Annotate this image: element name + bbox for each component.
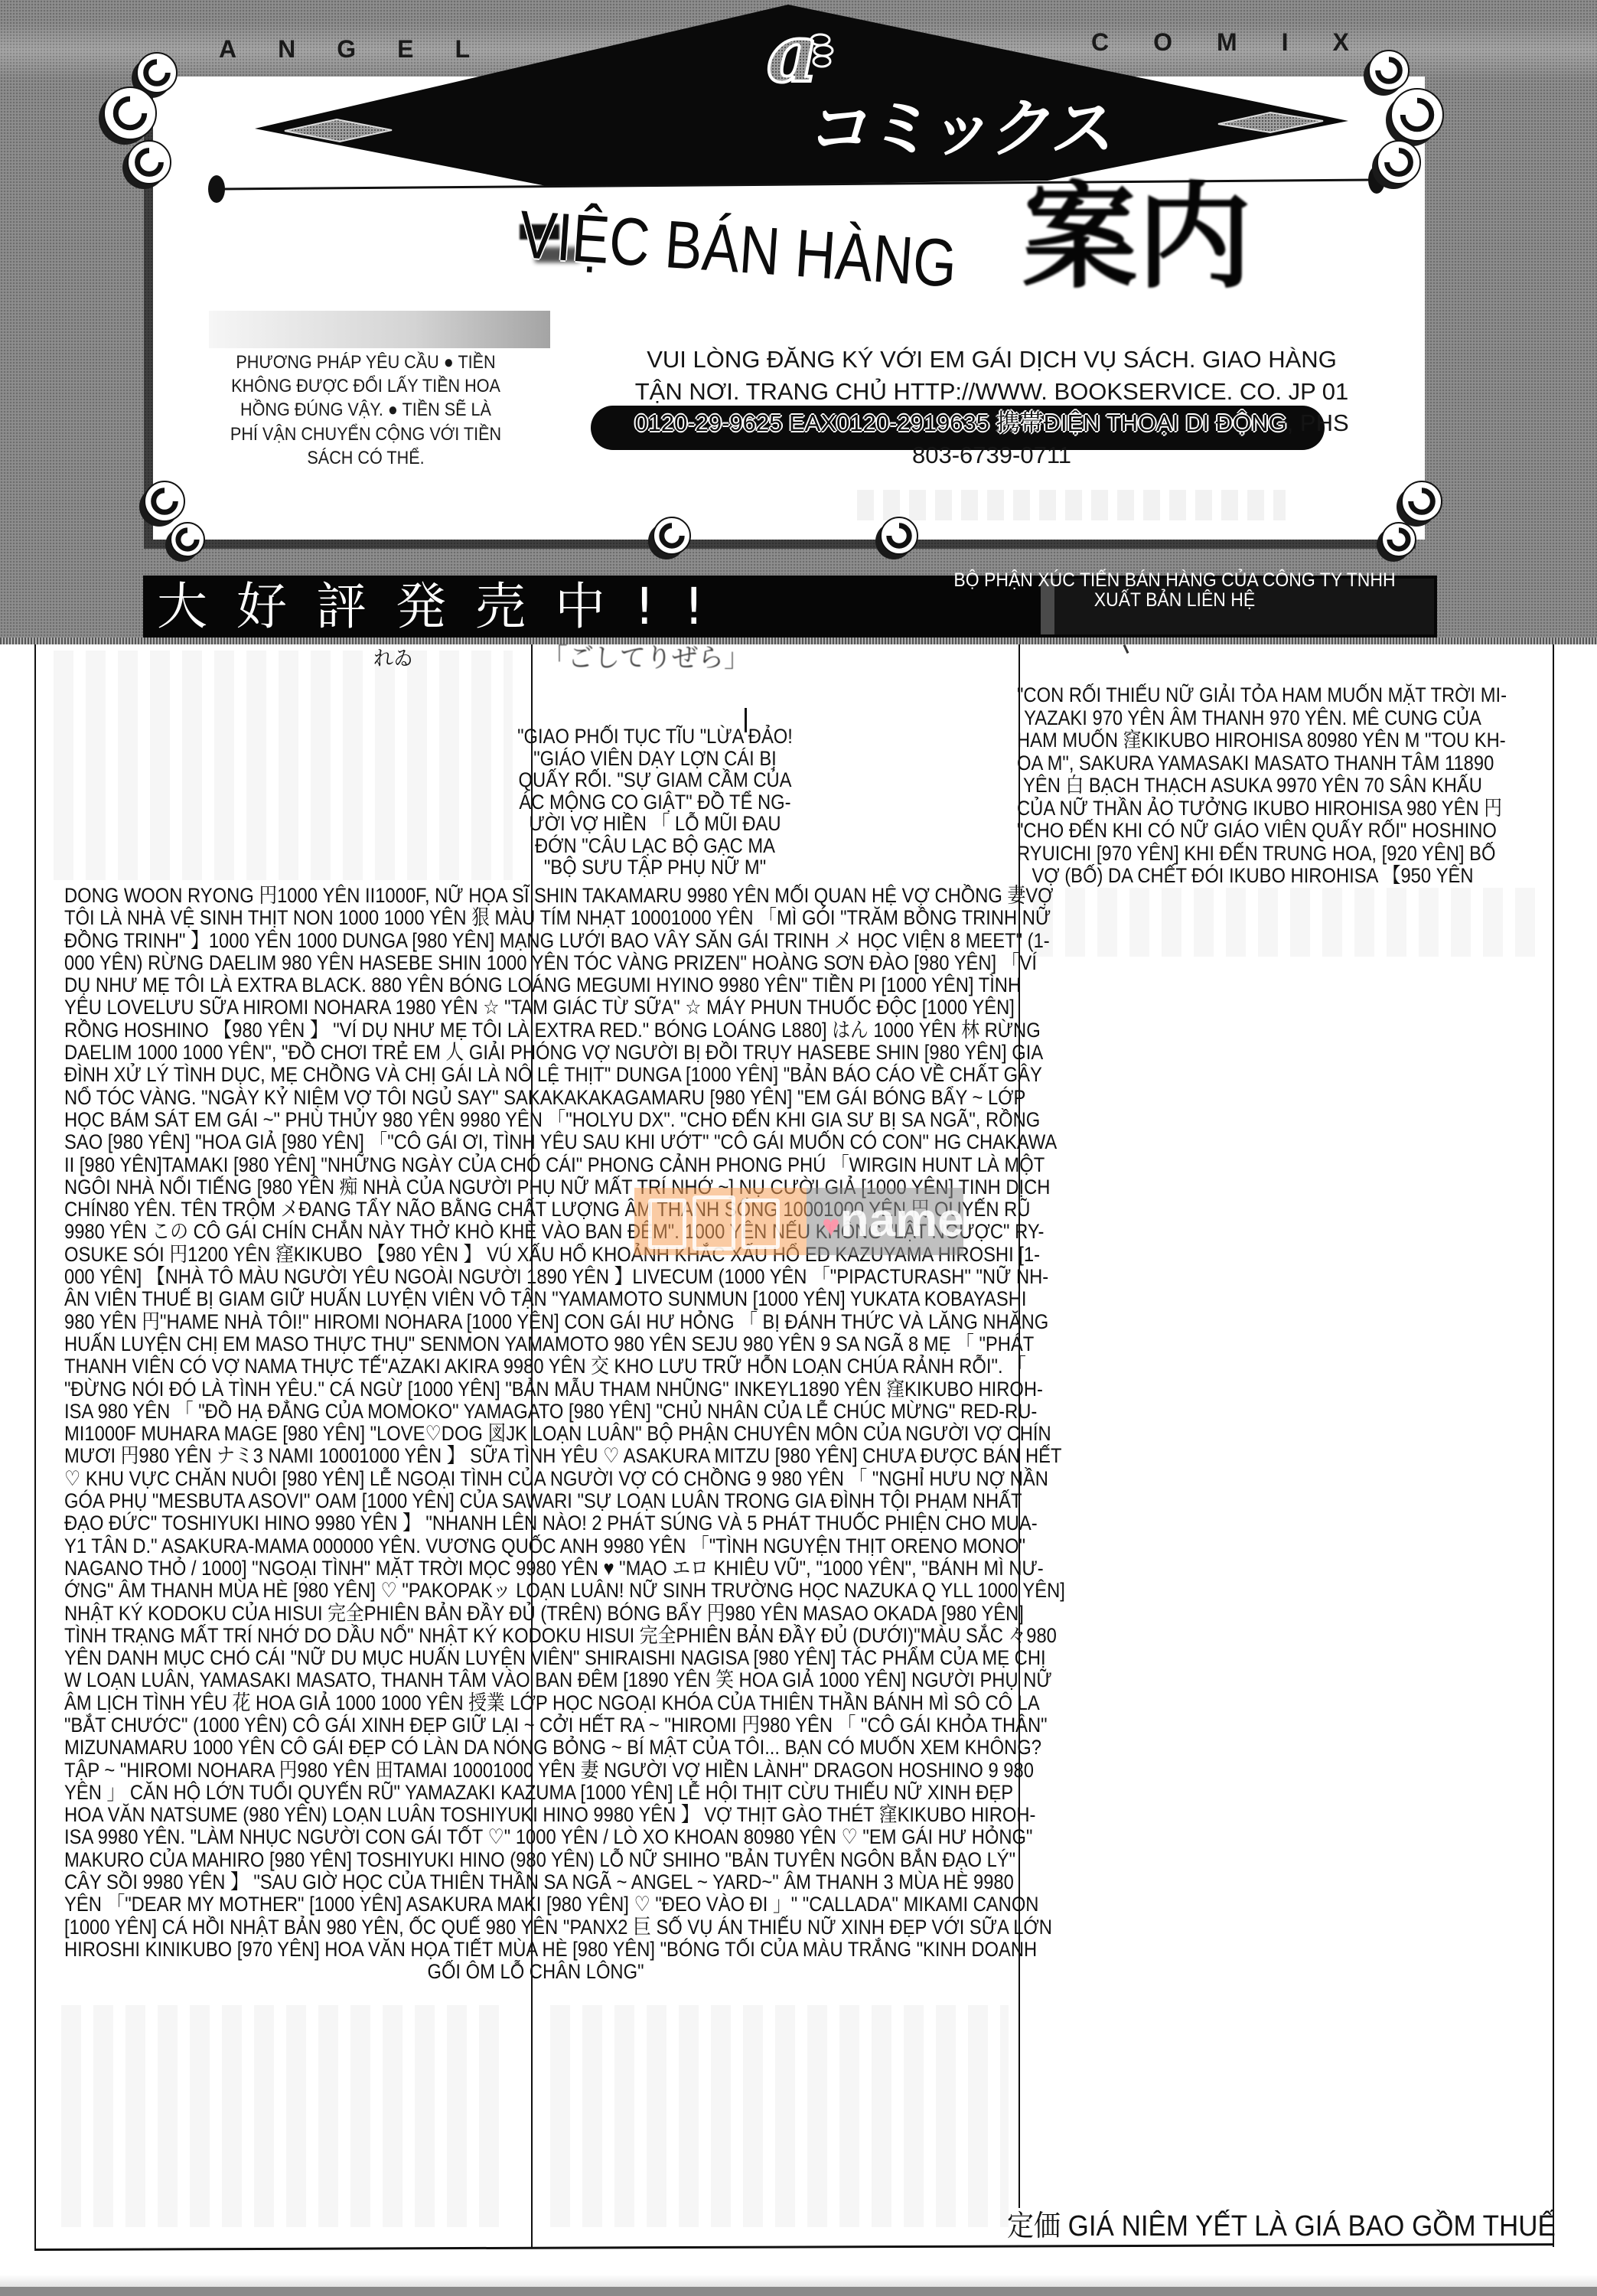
catalog-line: ĐÌNH XỬ LÝ TÌNH DỤC, MẸ CHỒNG VÀ CHỊ GÁI…	[64, 1064, 1007, 1086]
catalog-line: HIROSHI KINIKUBO [970 YÊN] HOA VĂN HỌA T…	[64, 1939, 1007, 1961]
scanned-page: a	[0, 0, 1597, 2296]
catalog-line: YÊN DANH MỤC CHÓ CÁI "NỮ DU MỤC HUẤN LUY…	[64, 1647, 1007, 1669]
contact-line: VUI LÒNG ĐĂNG KÝ VỚI EM GÁI DỊCH VỤ SÁCH…	[571, 344, 1413, 376]
watermark-orange-block	[634, 1188, 807, 1255]
catalog-line: TÔI LÀ NHÀ VỆ SINH THỊT NON 1000 1000 YÊ…	[64, 907, 1007, 929]
banner-publisher-line: BỘ PHẬN XÚC TIẾN BÁN HÀNG CỦA CÔNG TY TN…	[904, 570, 1445, 590]
catalog-line: HOA VĂN NATSUME (980 YÊN) LOẠN LUÂN TOSH…	[64, 1804, 1007, 1826]
catalog-line: ỚNG" ÂM THANH MÙA HÈ [980 YÊN] ♡ "PAKOPA…	[64, 1580, 1007, 1602]
contact-phone-line: 0120-29-9625 EAX0120-2919635 携帯ĐIỆN THOẠ…	[571, 407, 1413, 439]
right-line: CỦA NỮ THẦN ẢO TƯỞNG IKUBO HIROHISA 980 …	[1017, 797, 1488, 820]
heart-icon: ♥	[822, 1209, 840, 1243]
catalog-line: ĐỒNG TRINH" 】1000 YÊN 1000 DUNGA [980 YÊ…	[64, 930, 1007, 952]
page-edge-shadow	[0, 2275, 1597, 2287]
catalog-text: DONG WOON RYONG 円1000 YÊN II1000F, NỮ HỌ…	[0, 885, 1071, 1984]
right-line: YÊN 白 BẠCH THẠCH ASUKA 9970 YÊN 70 SÂN K…	[1017, 775, 1488, 797]
catalog-line: NỔ TÓC VÀNG. "NGÀY KỶ NIỆM VỢ TÔI NGỦ SA…	[64, 1087, 1007, 1109]
order-method-line: PHÍ VẬN CHUYỂN CỘNG VỚI TIỀN	[194, 422, 538, 446]
middle-line: "BỘ SƯU TẬP PHỤ NỮ M"	[453, 856, 857, 879]
banner-publisher-note: BỘ PHẬN XÚC TIẾN BÁN HÀNG CỦA CÔNG TY TN…	[880, 570, 1469, 610]
catalog-line: HỌC BÁM SÁT EM GÁI ~" PHÙ THỦY 980 YÊN 9…	[64, 1109, 1007, 1131]
order-method-line: SÁCH CÓ THỂ.	[194, 446, 538, 470]
catalog-line: THANH VIÊN CÓ VỢ NAMA THỰC TẾ"AZAKI AKIR…	[64, 1355, 1007, 1378]
catalog-line: CÂY SỒI 9980 YÊN 】 "SAU GIỜ HỌC CỦA THIÊ…	[64, 1871, 1007, 1893]
right-line: RYUICHI [970 YÊN] KHI ĐẾN TRUNG HOA, [92…	[1017, 843, 1488, 866]
watermark-logo: ♥name	[822, 1195, 964, 1251]
catalog-line: RỒNG HOSHINO 【980 YÊN 】 "VÍ DỤ NHƯ MẸ TÔ…	[64, 1019, 1007, 1042]
price-tax-note: 定価 GIÁ NIÊM YẾT LÀ GIÁ BAO GỒM THUẾ	[1007, 2209, 1556, 2244]
watermark-glyph	[741, 1199, 780, 1249]
catalog-line: Y1 TÂN D." ASAKURA-MAMA 000000 YÊN. VƯƠN…	[64, 1535, 1007, 1557]
right-line: "CHO ĐẾN KHI CÓ NỮ GIÁO VIÊN QUẤY RỐI" H…	[1017, 820, 1488, 843]
catalog-line: ĐẠO ĐỨC" TOSHIYUKI HINO 9980 YÊN 】 "NHAN…	[64, 1512, 1007, 1534]
right-line: YAZAKI 970 YÊN ÂM THANH 970 YÊN. MÊ CUNG…	[1017, 707, 1488, 730]
contact-line: TẬN NƠI. TRANG CHỦ HTTP://WWW. BOOKSERVI…	[571, 376, 1413, 408]
order-method-line: PHƯƠNG PHÁP YÊU CẦU ● TIỀN	[194, 351, 538, 374]
banner-publisher-line: XUẤT BẢN LIÊN HỆ	[904, 590, 1445, 610]
catalog-line: "ĐỪNG NÓI ĐÓ LÀ TÌNH YÊU." CÁ NGỪ [1000 …	[64, 1378, 1007, 1401]
catalog-line: "BẮT CHƯỚC" (1000 YÊN) CÔ GÁI XINH ĐẸP G…	[64, 1714, 1007, 1737]
page-title-jp: 案内	[1022, 181, 1252, 295]
middle-line: "GIÁO VIÊN DẠY LỢN CÁI BỊ	[453, 748, 857, 770]
brand-comix: COMIX	[1091, 30, 1393, 54]
catalog-line: SAO [980 YÊN] "HOA GIẢ [980 YÊN] 「"CÔ GÁ…	[64, 1131, 1007, 1153]
left-column-fragment: れゐ	[373, 647, 413, 670]
ghost-text-left-bottom	[61, 2005, 509, 2227]
catalog-line: DAELIM 1000 1000 YÊN", "ĐỒ CHƠI TRẺ EM 人…	[64, 1042, 1007, 1064]
katakana-title: コミックス	[804, 90, 1120, 167]
middle-line: ÁC MỘNG CO GIẬT" ĐỒ TỂ NG-	[453, 791, 857, 814]
catalog-line: MI1000F MUHARA MAGE [980 YÊN] "LOVE♡DOG …	[64, 1423, 1007, 1445]
catalog-line: W LOẠN LUÂN, YAMASAKI MASATO, THANH TÂM …	[64, 1669, 1007, 1691]
catalog-line: GỐI ÔM LỖ CHÂN LÔNG"	[64, 1961, 1007, 1983]
catalog-line: ÂN VIÊN THUẾ BỊ GIAM GIỮ HUẤN LUYỆN VIÊN…	[64, 1288, 1007, 1310]
catalog-line: DỤ NHƯ MẸ TÔI LÀ EXTRA BLACK. 880 YÊN BÓ…	[64, 974, 1007, 996]
catalog-line: YÊN 「"DEAR MY MOTHER" [1000 YÊN] ASAKURA…	[64, 1893, 1007, 1916]
catalog-line: DONG WOON RYONG 円1000 YÊN II1000F, NỮ HỌ…	[64, 885, 1007, 907]
right-line: VỢ (BỐ) DA CHẾT ĐÓI IKUBO HIROHISA 【950 …	[1017, 865, 1488, 888]
middle-column-text: "GIAO PHỐI TỤC TĨU "LỪA ĐẢO! "GIÁO VIÊN …	[425, 726, 885, 879]
contact-line: 803-6739-0711	[571, 439, 1413, 471]
catalog-line: NAGANO THỎ / 1000] "NGOẠI TÌNH" MẶT TRỜI…	[64, 1557, 1007, 1580]
right-line: "CON RỐI THIẾU NỮ GIẢI TỎA HAM MUỐN MẶT …	[1017, 684, 1488, 707]
middle-line: QUẤY RỐI. "SỰ GIAM CẦM CỦA	[453, 769, 857, 791]
halftone-divider	[0, 638, 1597, 644]
scan-bottom-margin	[0, 2287, 1597, 2296]
middle-column-heading: 「ごしてりぜら」	[542, 643, 750, 673]
catalog-line: TẬP ~ "HIROMI NOHARA 円980 YÊN 田TAMAI 100…	[64, 1760, 1007, 1782]
contact-phone-numbers: 0120-29-9625 EAX0120-2919635 携帯ĐIỆN THOẠ…	[634, 409, 1286, 436]
right-line: OA M", SAKURA YAMASAKI MASATO THANH TÂM …	[1017, 752, 1488, 775]
order-method-line: HỒNG ĐÚNG VẬY. ● TIỀN SẼ LÀ	[194, 398, 538, 422]
rule-dot-left	[208, 175, 225, 203]
catalog-line: MƯƠI 円980 YÊN ナミ3 NAMI 10001000 YÊN 】 SỮ…	[64, 1445, 1007, 1467]
ghost-text-right-top	[1033, 888, 1538, 957]
watermark-glyph	[648, 1199, 686, 1249]
contact-text: VUI LÒNG ĐĂNG KÝ VỚI EM GÁI DỊCH VỤ SÁCH…	[571, 344, 1413, 471]
contact-phone-tail: , PHS	[1287, 409, 1349, 436]
banner-now-on-sale: 大好評発売中!!	[157, 582, 733, 632]
catalog-line: ÂM LỊCH TÌNH YÊU 花 HOA GIẢ 1000 1000 YÊN…	[64, 1692, 1007, 1714]
catalog-line: YÊN 」 CĂN HỘ LỚN TUỔI QUYẾN RŨ" YAMAZAKI…	[64, 1782, 1007, 1804]
catalog-line: 980 YÊN 円"HAME NHÀ TÔI!" HIROMI NOHARA […	[64, 1311, 1007, 1333]
catalog-line: ISA 9980 YÊN. "LÀM NHỤC NGƯỜI CON GÁI TỐ…	[64, 1826, 1007, 1848]
order-method-text: PHƯƠNG PHÁP YÊU CẦU ● TIỀN KHÔNG ĐƯỢC ĐỔ…	[174, 351, 557, 470]
catalog-line: 000 YÊN] 【NHÀ TÔ MÀU NGƯỜI YÊU NGOÀI NGƯ…	[64, 1266, 1007, 1288]
ghost-text-middle-bottom	[550, 2005, 1009, 2227]
catalog-line: NHẬT KÝ KODOKU CỦA HISUI 完全PHIÊN BẢN ĐẦY…	[64, 1603, 1007, 1625]
catalog-line: HUẤN LUYỆN CHỊ EM MASO THỰC THỤ" SENMON …	[64, 1333, 1007, 1355]
column-border-right	[1553, 644, 1554, 2247]
right-column-text: "CON RỐI THIẾU NỮ GIẢI TỎA HAM MUỐN MẶT …	[985, 684, 1520, 888]
watermark-text: name	[840, 1194, 964, 1247]
brand-angel: ANGEL	[219, 37, 511, 61]
catalog-line: II [980 YÊN]TAMAKI [980 YÊN] "NHỮNG NGÀY…	[64, 1154, 1007, 1176]
catalog-line: MAKURO CỦA MAHIRO [980 YÊN] TOSHIYUKI HI…	[64, 1849, 1007, 1871]
catalog-line: GÓA PHỤ "MESBUTA ASOVI" OAM [1000 YÊN] C…	[64, 1490, 1007, 1512]
svg-text:a: a	[767, 6, 818, 100]
catalog-line: ISA 980 YÊN 「 "ĐỒ HẠ ĐẲNG CỦA MOMOKO" YA…	[64, 1401, 1007, 1423]
catalog-line: [1000 YÊN] CÁ HỒI NHẬT BẢN 980 YÊN, ỐC Q…	[64, 1916, 1007, 1939]
catalog-line: MIZUNAMARU 1000 YÊN CÔ GÁI ĐẸP CÓ LÀN DA…	[64, 1737, 1007, 1759]
middle-line: ĐỚN "CÂU LẠC BỘ GẠC MA	[453, 835, 857, 857]
header-decoration: a	[0, 0, 1597, 644]
catalog-line: 000 YÊN) RỪNG DAELIM 980 YÊN HASEBE SHIN…	[64, 952, 1007, 974]
right-line: HAM MUỐN 窪KIKUBO HIROHISA 80980 YÊN M "T…	[1017, 729, 1488, 752]
catalog-line: TÌNH TRẠNG MẤT TRÍ NHỚ DO DẦU NỔ" NHẬT K…	[64, 1625, 1007, 1647]
middle-line: ƯỜI VỢ HIỀN 「 LỖ MŨI ĐAU	[453, 813, 857, 835]
watermark-glyph	[693, 1195, 735, 1251]
order-method-line: KHÔNG ĐƯỢC ĐỔI LẤY TIỀN HOA	[194, 374, 538, 398]
middle-line: "GIAO PHỐI TỤC TĨU "LỪA ĐẢO!	[453, 726, 857, 748]
catalog-line: YÊU LOVELƯU SỮA HIROMI NOHARA 1980 YÊN ☆…	[64, 996, 1007, 1019]
catalog-line: ♡ KHU VỰC CHĂN NUÔI [980 YÊN] LỄ NGOẠI T…	[64, 1468, 1007, 1490]
